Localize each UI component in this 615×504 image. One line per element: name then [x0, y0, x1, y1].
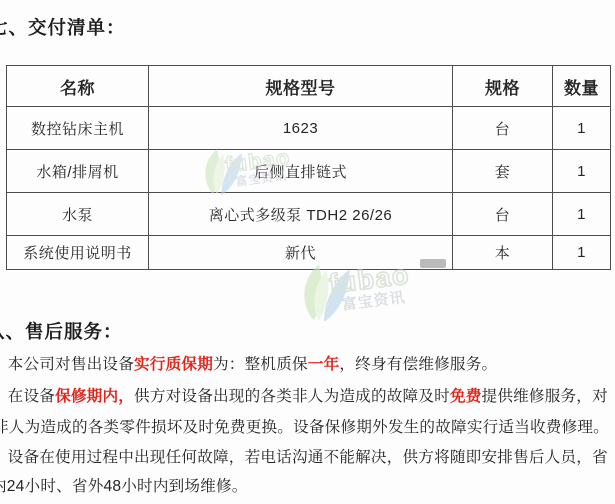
table-cell-spec: 台: [453, 107, 553, 150]
table-cell-spec-model: 新代: [149, 236, 453, 270]
header-spec: 规格: [453, 66, 553, 107]
table-cell-name: 水泵: [7, 193, 149, 236]
document-page: 七、交付清单： 名称 规格型号 规格 数量 数控钻床主机 1623 台 1 水箱…: [0, 0, 615, 504]
service-clause-3-continued: 内24小时、省外48小时内到场维修。: [0, 479, 248, 495]
table-row: 系统使用说明书 新代 本 1: [7, 236, 611, 270]
table-cell-spec-model: 后侧直排链式: [149, 150, 453, 193]
table-cell-name: 系统使用说明书: [7, 236, 149, 270]
service-clause-1: 1、本公司对售出设备实行质保期为：整机质保一年，终身有偿维修服务。: [0, 357, 497, 373]
table-header-row: 名称 规格型号 规格 数量: [7, 66, 611, 107]
table-row: 水箱/排屑机 后侧直排链式 套 1: [7, 150, 611, 193]
header-spec-model: 规格型号: [149, 66, 453, 107]
scan-artifact: [420, 259, 446, 268]
service-clause-2-continued: 非人为造成的各类零件损坏及时免费更换。设备保修期外发生的故障实行适当收费修理。: [0, 420, 609, 436]
table-cell-name: 水箱/排屑机: [7, 150, 149, 193]
table-cell-quantity: 1: [553, 193, 611, 236]
table-row: 数控钻床主机 1623 台 1: [7, 107, 611, 150]
table-cell-name: 数控钻床主机: [7, 107, 149, 150]
table-cell-quantity: 1: [553, 150, 611, 193]
header-quantity: 数量: [553, 66, 611, 107]
table-cell-spec-model: 1623: [149, 107, 453, 150]
table-cell-spec: 套: [453, 150, 553, 193]
service-clause-2: 2、在设备保修期内，供方对设备出现的各类非人为造成的故障及时免费提供维修服务，对: [0, 389, 608, 405]
after-sales-title: 八、售后服务：: [0, 318, 123, 344]
header-name: 名称: [7, 66, 149, 107]
table-cell-quantity: 1: [553, 107, 611, 150]
table-row: 水泵 离心式多级泵 TDH2 26/26 台 1: [7, 193, 611, 236]
service-clause-3: 3、设备在使用过程中出现任何故障，若电话沟通不能解决，供方将随即安排售后人员，省: [0, 450, 608, 466]
watermark-brand-cn-text: 富宝资讯: [341, 288, 407, 314]
delivery-table: 名称 规格型号 规格 数量 数控钻床主机 1623 台 1 水箱/排屑机 后侧直…: [6, 65, 611, 270]
table-cell-spec: 台: [453, 193, 553, 236]
table-cell-spec-model: 离心式多级泵 TDH2 26/26: [149, 193, 453, 236]
delivery-list-title: 七、交付清单：: [0, 14, 126, 40]
table-cell-spec: 本: [453, 236, 553, 270]
table-cell-quantity: 1: [553, 236, 611, 270]
